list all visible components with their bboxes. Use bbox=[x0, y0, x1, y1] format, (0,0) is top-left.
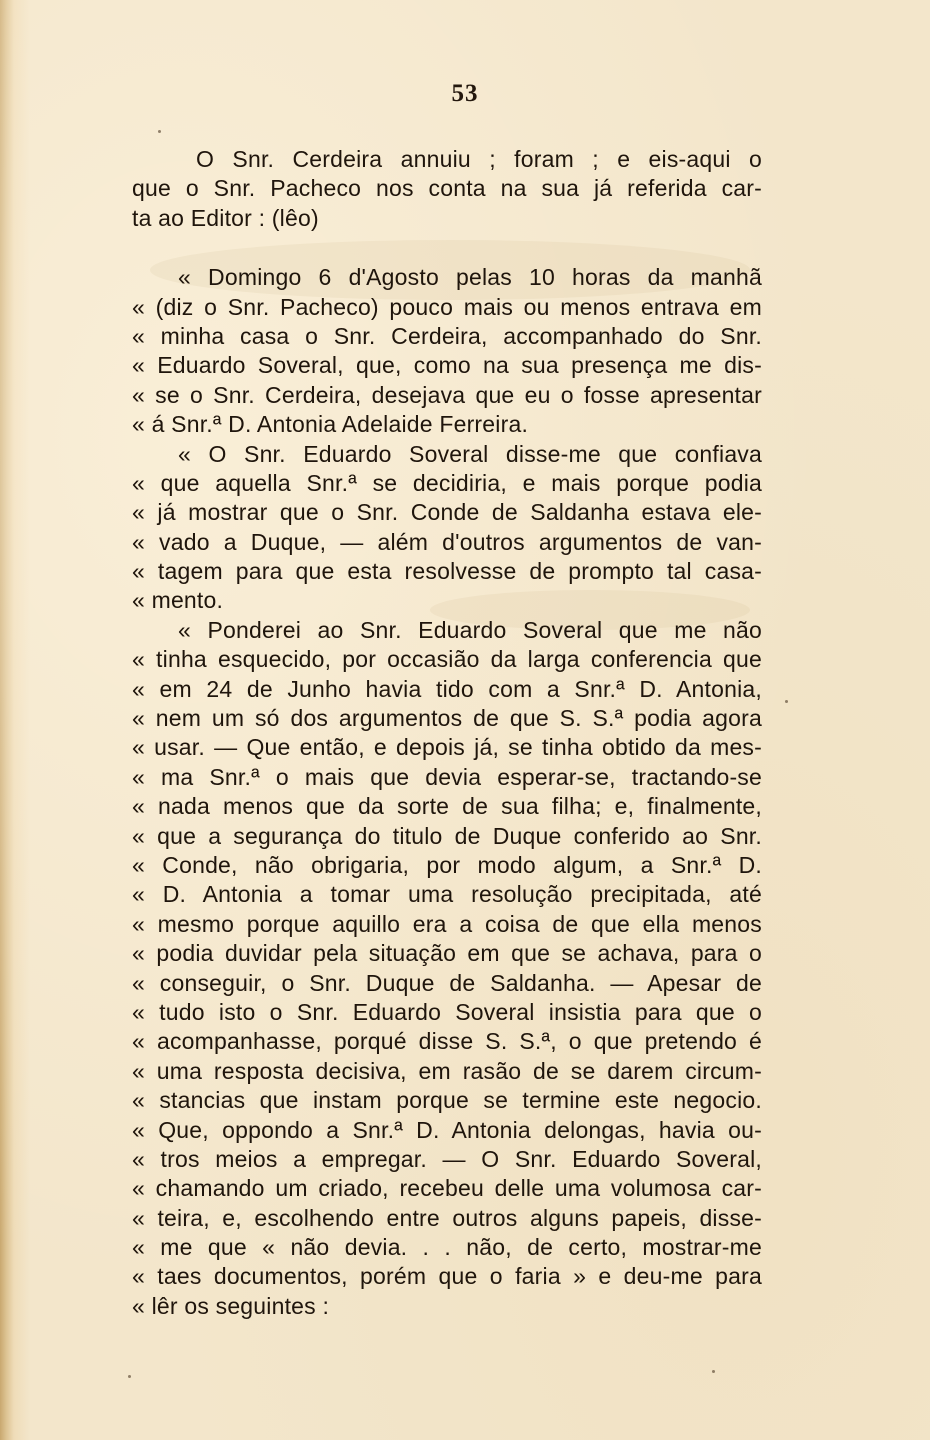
quoted-line: « teira, e, escolhendo entre outros algu… bbox=[132, 1204, 762, 1233]
quoted-line: « lêr os seguintes : bbox=[132, 1292, 762, 1321]
quoted-line: « conseguir, o Snr. Duque de Saldanha. —… bbox=[132, 969, 762, 998]
quoted-line: « Que, oppondo a Snr.ª D. Antonia delong… bbox=[132, 1116, 762, 1145]
quoted-line: « me que « não devia. . . não, de certo,… bbox=[132, 1233, 762, 1262]
quoted-line: « O Snr. Eduardo Soveral disse-me que co… bbox=[132, 440, 762, 469]
quoted-line: « minha casa o Snr. Cerdeira, accompanha… bbox=[132, 322, 762, 351]
quoted-line: « nem um só dos argumentos de que S. S.ª… bbox=[132, 704, 762, 733]
quoted-line: « ma Snr.ª o mais que devia esperar-se, … bbox=[132, 763, 762, 792]
quoted-line: « mesmo porque aquillo era a coisa de qu… bbox=[132, 910, 762, 939]
quoted-line: « tudo isto o Snr. Eduardo Soveral insis… bbox=[132, 998, 762, 1027]
quoted-line: « mento. bbox=[132, 586, 762, 615]
quoted-line: « stancias que instam porque se termine … bbox=[132, 1086, 762, 1115]
quoted-line: « já mostrar que o Snr. Conde de Saldanh… bbox=[132, 498, 762, 527]
ink-speck bbox=[128, 1375, 131, 1378]
quoted-line: « tinha esquecido, por occasião da larga… bbox=[132, 645, 762, 674]
quoted-line: « Eduardo Soveral, que, como na sua pres… bbox=[132, 351, 762, 380]
quoted-line: « Domingo 6 d'Agosto pelas 10 horas da m… bbox=[132, 263, 762, 292]
quoted-line: « vado a Duque, — além d'outros argument… bbox=[132, 528, 762, 557]
ink-speck bbox=[712, 1370, 715, 1373]
book-page: 53 O Snr. Cerdeira annuiu ; foram ; e ei… bbox=[0, 0, 930, 1440]
text-line: ta ao Editor : (lêo) bbox=[132, 204, 762, 233]
quoted-line: « Ponderei ao Snr. Eduardo Soveral que m… bbox=[132, 616, 762, 645]
quoted-line: « acompanhasse, porqué disse S. S.ª, o q… bbox=[132, 1027, 762, 1056]
quoted-line: « Conde, não obrigaria, por modo algum, … bbox=[132, 851, 762, 880]
quoted-line: « podia duvidar pela situação em que se … bbox=[132, 939, 762, 968]
quoted-line: « á Snr.ª D. Antonia Adelaide Ferreira. bbox=[132, 410, 762, 439]
quoted-line: « se o Snr. Cerdeira, desejava que eu o … bbox=[132, 381, 762, 410]
body-text: O Snr. Cerdeira annuiu ; foram ; e eis-a… bbox=[132, 145, 762, 1321]
quoted-line: « tros meios a empregar. — O Snr. Eduard… bbox=[132, 1145, 762, 1174]
text-line: O Snr. Cerdeira annuiu ; foram ; e eis-a… bbox=[132, 145, 762, 174]
quoted-line: « usar. — Que então, e depois já, se tin… bbox=[132, 733, 762, 762]
paragraph-gap bbox=[132, 233, 762, 263]
text-line: que o Snr. Pacheco nos conta na sua já r… bbox=[132, 174, 762, 203]
quoted-line: « uma resposta decisiva, em rasão de se … bbox=[132, 1057, 762, 1086]
quoted-line: « (diz o Snr. Pacheco) pouco mais ou men… bbox=[132, 293, 762, 322]
quoted-line: « que a segurança do titulo de Duque con… bbox=[132, 822, 762, 851]
quoted-line: « em 24 de Junho havia tido com a Snr.ª … bbox=[132, 675, 762, 704]
page-number: 53 bbox=[0, 80, 930, 108]
ink-speck bbox=[785, 700, 788, 703]
quoted-line: « chamando um criado, recebeu delle uma … bbox=[132, 1174, 762, 1203]
quoted-line: « taes documentos, porém que o faria » e… bbox=[132, 1262, 762, 1291]
quoted-line: « D. Antonia a tomar uma resolução preci… bbox=[132, 880, 762, 909]
quoted-line: « tagem para que esta resolvesse de prom… bbox=[132, 557, 762, 586]
ink-speck bbox=[158, 130, 161, 133]
quoted-line: « que aquella Snr.ª se decidiria, e mais… bbox=[132, 469, 762, 498]
quoted-line: « nada menos que da sorte de sua filha; … bbox=[132, 792, 762, 821]
